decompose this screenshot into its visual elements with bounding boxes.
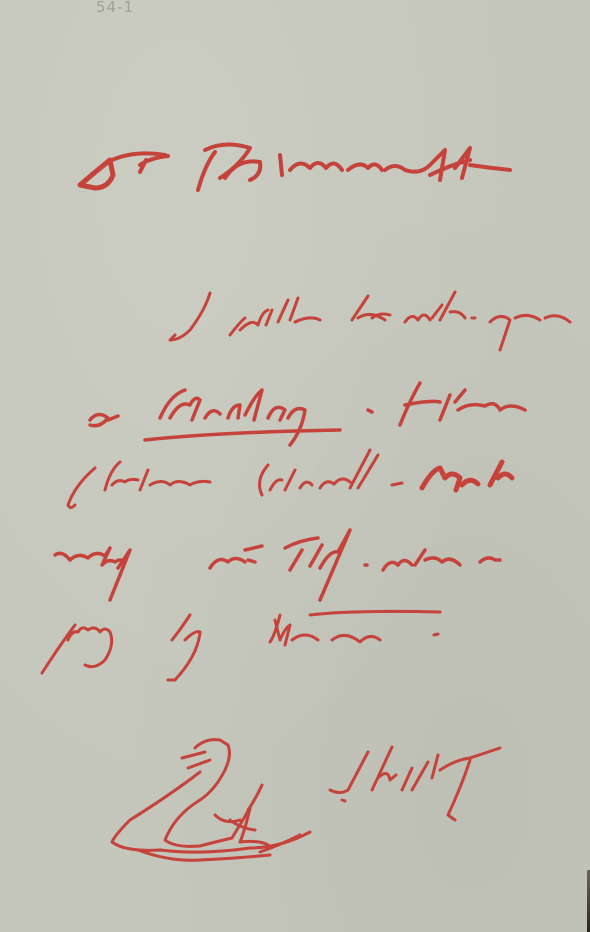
salutation-ink	[80, 144, 510, 190]
signature-ink	[330, 747, 500, 820]
handwriting-ink	[0, 0, 590, 932]
swan-drawing-icon	[112, 740, 310, 861]
body-line-5-ink	[42, 611, 440, 680]
body-line-3-ink	[68, 450, 512, 508]
body-line-1-ink	[170, 292, 570, 350]
body-line-2-ink	[90, 383, 525, 445]
letter-page: 54-1 Dr Holmcroft I will be with you on …	[0, 0, 590, 932]
body-line-4-ink	[55, 530, 500, 600]
